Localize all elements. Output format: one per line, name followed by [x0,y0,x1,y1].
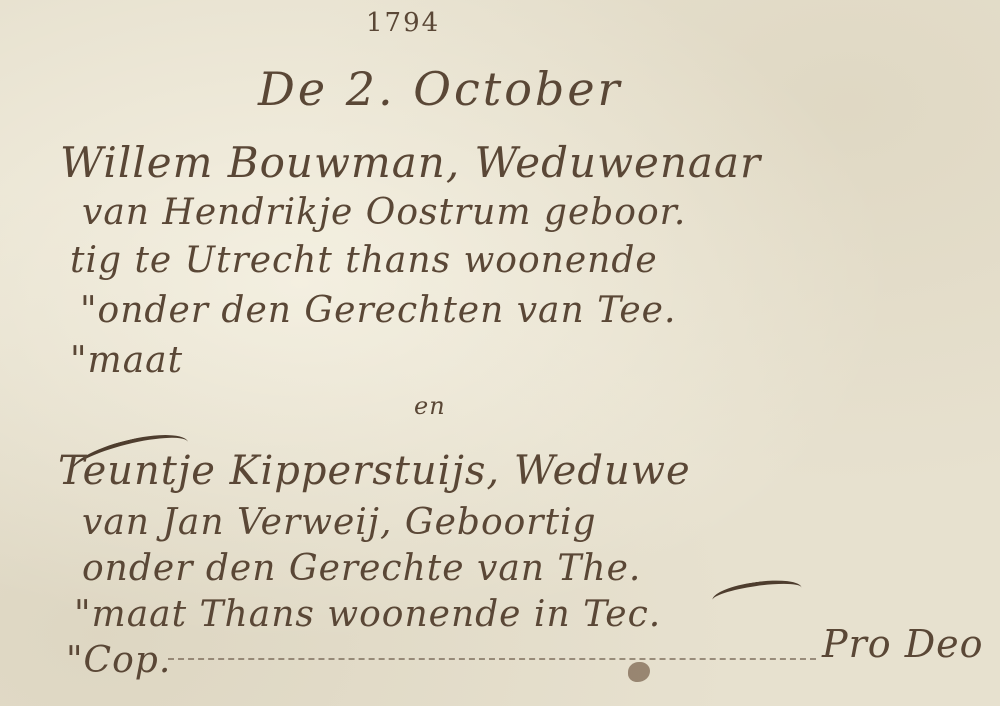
date-heading: De 2. October [258,62,623,116]
dashed-rule [168,658,816,660]
ink-stain [628,662,650,682]
manuscript-page: 1794 De 2. October Willem Bouwman, Weduw… [0,0,1000,706]
year-header: 1794 [366,8,440,38]
groom-line-2: van Hendrikje Oostrum geboor. [82,192,686,233]
groom-line-5: "maat [70,340,183,381]
groom-line-3: tig te Utrecht thans woonende [70,240,658,281]
bride-line-2: van Jan Verweij, Geboortig [82,502,597,543]
conjunction: en [414,392,446,420]
flourish-decoration [711,576,803,612]
bride-line-4: "maat Thans woonende in Tec. [74,594,661,635]
groom-line-4: "onder den Gerechten van Tee. [80,290,676,331]
pro-deo-annotation: Pro Deo [822,622,984,666]
bride-line-1: Teuntje Kipperstuijs, Weduwe [58,448,691,494]
bride-line-5: "Cop. [66,640,171,681]
bride-line-3: onder den Gerechte van The. [82,548,641,589]
groom-line-1: Willem Bouwman, Weduwenaar [60,138,761,187]
